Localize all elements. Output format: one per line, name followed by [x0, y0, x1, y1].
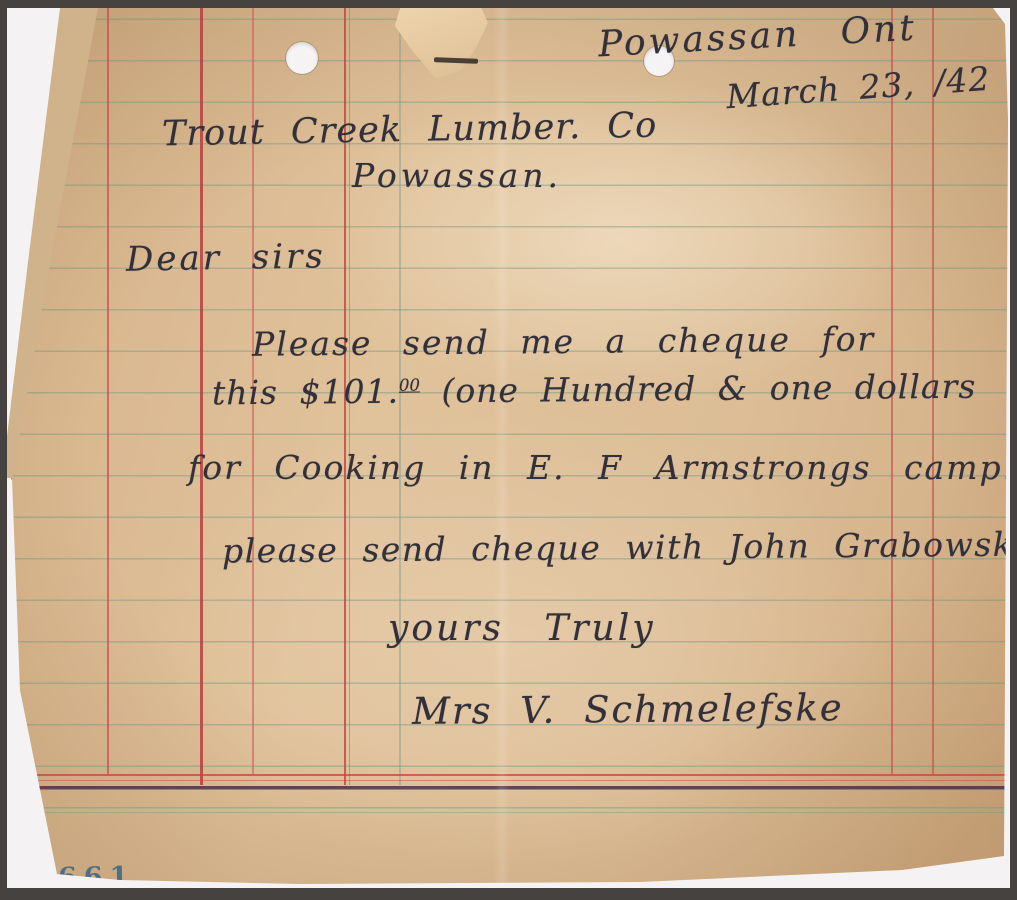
amount-text: this $101.: [212, 372, 399, 413]
body-line-1: Please send me a cheque for: [252, 319, 876, 363]
closing: yours Truly: [388, 608, 656, 649]
salutation: Dear sirs: [126, 236, 326, 279]
scanned-letter: Powassan Ont March 23, /42 Trout Creek L…: [0, 0, 1017, 900]
amount-words: (one Hundred & one dollars: [420, 367, 977, 411]
letter-paper: Powassan Ont March 23, /42 Trout Creek L…: [0, 0, 1017, 900]
recipient-place: Powassan.: [352, 156, 562, 195]
punch-hole-left: [286, 42, 318, 74]
body-line-2: this $101.00 (one Hundred & one dollars: [212, 367, 977, 413]
body-line-3: for Cooking in E. F Armstrongs camp.: [188, 448, 1015, 487]
amount-cents: 00: [399, 376, 420, 395]
body-line-4: please send cheque with John Grabowske: [222, 524, 1017, 570]
signature: Mrs V. Schmelefske: [412, 686, 844, 733]
blue-number-stamp: 661: [58, 861, 136, 893]
ledger-vline: [107, 0, 109, 774]
